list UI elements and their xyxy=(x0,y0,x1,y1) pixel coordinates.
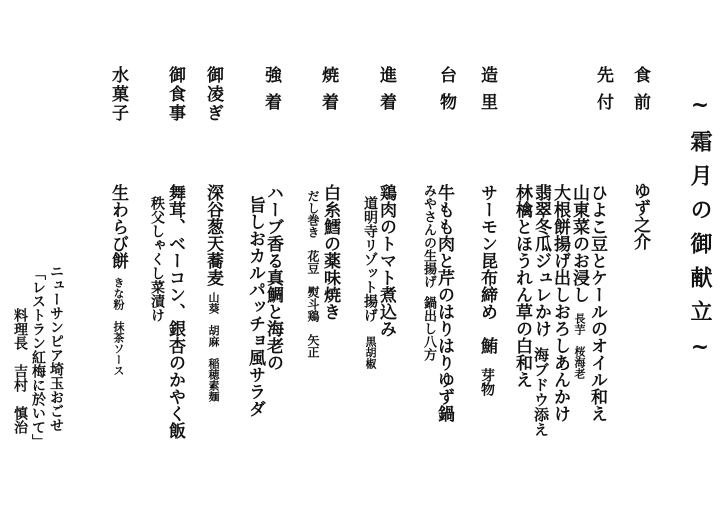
dish-doumyouji: 道明寺リゾット揚げ黒胡椒 xyxy=(362,196,378,369)
category-tsukuri: 造里 xyxy=(478,66,495,120)
dish-fukaya-negi-name: 深谷葱天蕎麦 xyxy=(203,184,223,286)
category-susumezakana: 進着 xyxy=(377,66,394,120)
dish-dashimaki: だし巻き 花豆 熨斗鶏 矢正 xyxy=(307,190,319,358)
dish-gyumomo-nabe: 牛もも肉と芹のはりはりゆず鍋 xyxy=(435,184,452,422)
category-oshinogi: 御凌ぎ xyxy=(204,66,221,123)
dish-salmon-note: 芽物 xyxy=(479,368,495,396)
dish-hisui-tougan-name: 翡翠冬瓜ジュレかけ xyxy=(531,184,551,337)
dish-ringo-shiraae: 林檎とほうれん草の白和え xyxy=(513,184,530,388)
dish-warabimochi-name: 生わらび餅 xyxy=(108,184,128,269)
dish-hisui-tougan: 翡翠冬瓜ジュレかけ海ブドウ添え xyxy=(532,184,549,437)
category-shokuzen: 食前 xyxy=(631,66,648,120)
dish-shakushina: 秩父しゃくし菜漬け xyxy=(150,196,164,322)
dish-toriniku-tomato: 鶏肉のトマト煮込み xyxy=(377,184,394,337)
category-sakizuke: 先付 xyxy=(594,66,611,120)
footer-restaurant: 「レストラン紅梅に於いて」 xyxy=(31,266,45,448)
dish-daikonmochi: 大根餅揚げ出しおろしあんかけ xyxy=(551,184,568,422)
dish-fukaya-negi-note: 山葵 胡麻 稲穂素麺 xyxy=(207,292,220,402)
category-yakizakana: 焼着 xyxy=(319,66,336,120)
dish-carpaccio: 旨しおカルパッチョ風サラダ xyxy=(246,196,263,417)
dish-santousai-note: 長芋 桜海老 xyxy=(573,313,586,379)
footer-chef: 料理長 吉村 慎治 xyxy=(13,308,27,434)
dish-salmon: サーモン昆布締め 鮪芽物 xyxy=(478,184,495,396)
dish-doumyouji-name: 道明寺リゾット揚げ xyxy=(362,196,378,322)
dish-doumyouji-note: 黒胡椒 xyxy=(364,336,377,369)
dish-namaage-note: 鍋出し八方 xyxy=(421,296,436,361)
dish-maitake-kayakumeshi: 舞茸、ベーコン、銀杏のかやく飯 xyxy=(166,184,183,439)
dish-herb-madai: ハーブ香る真鯛と海老の xyxy=(264,184,281,371)
dish-santousai-name: 山東菜のお浸し xyxy=(569,184,589,303)
dish-yuzunosuke: ゆず之介 xyxy=(631,182,648,250)
footer-venue: ニューサンピア埼玉おごせ xyxy=(49,264,63,432)
dish-hisui-tougan-note: 海ブドウ添え xyxy=(532,347,550,437)
menu-title: ~霜月の御献立~ xyxy=(689,92,711,372)
dish-santousai: 山東菜のお浸し長芋 桜海老 xyxy=(570,184,587,379)
dish-shiraito-tara: 白糸鱈の薬味焼き xyxy=(321,184,338,320)
dish-namaage: みやさんの生揚げ鍋出し八方 xyxy=(420,184,436,361)
category-oshokuji: 御食事 xyxy=(166,66,183,123)
dish-hiyokomame: ひよこ豆とケールのオイル和え xyxy=(588,184,605,422)
dish-fukaya-negi: 深谷葱天蕎麦山葵 胡麻 稲穂素麺 xyxy=(204,184,221,402)
dish-salmon-name: サーモン昆布締め 鮪 xyxy=(477,184,497,354)
dish-warabimochi-note: きな粉 抹茶ソース xyxy=(112,277,125,376)
category-mizugashi: 水菓子 xyxy=(109,66,126,123)
category-shiizakana: 強着 xyxy=(262,66,279,120)
category-daimono: 台物 xyxy=(437,66,454,120)
dish-warabimochi: 生わらび餅きな粉 抹茶ソース xyxy=(109,184,126,376)
dish-namaage-name: みやさんの生揚げ xyxy=(421,184,436,288)
